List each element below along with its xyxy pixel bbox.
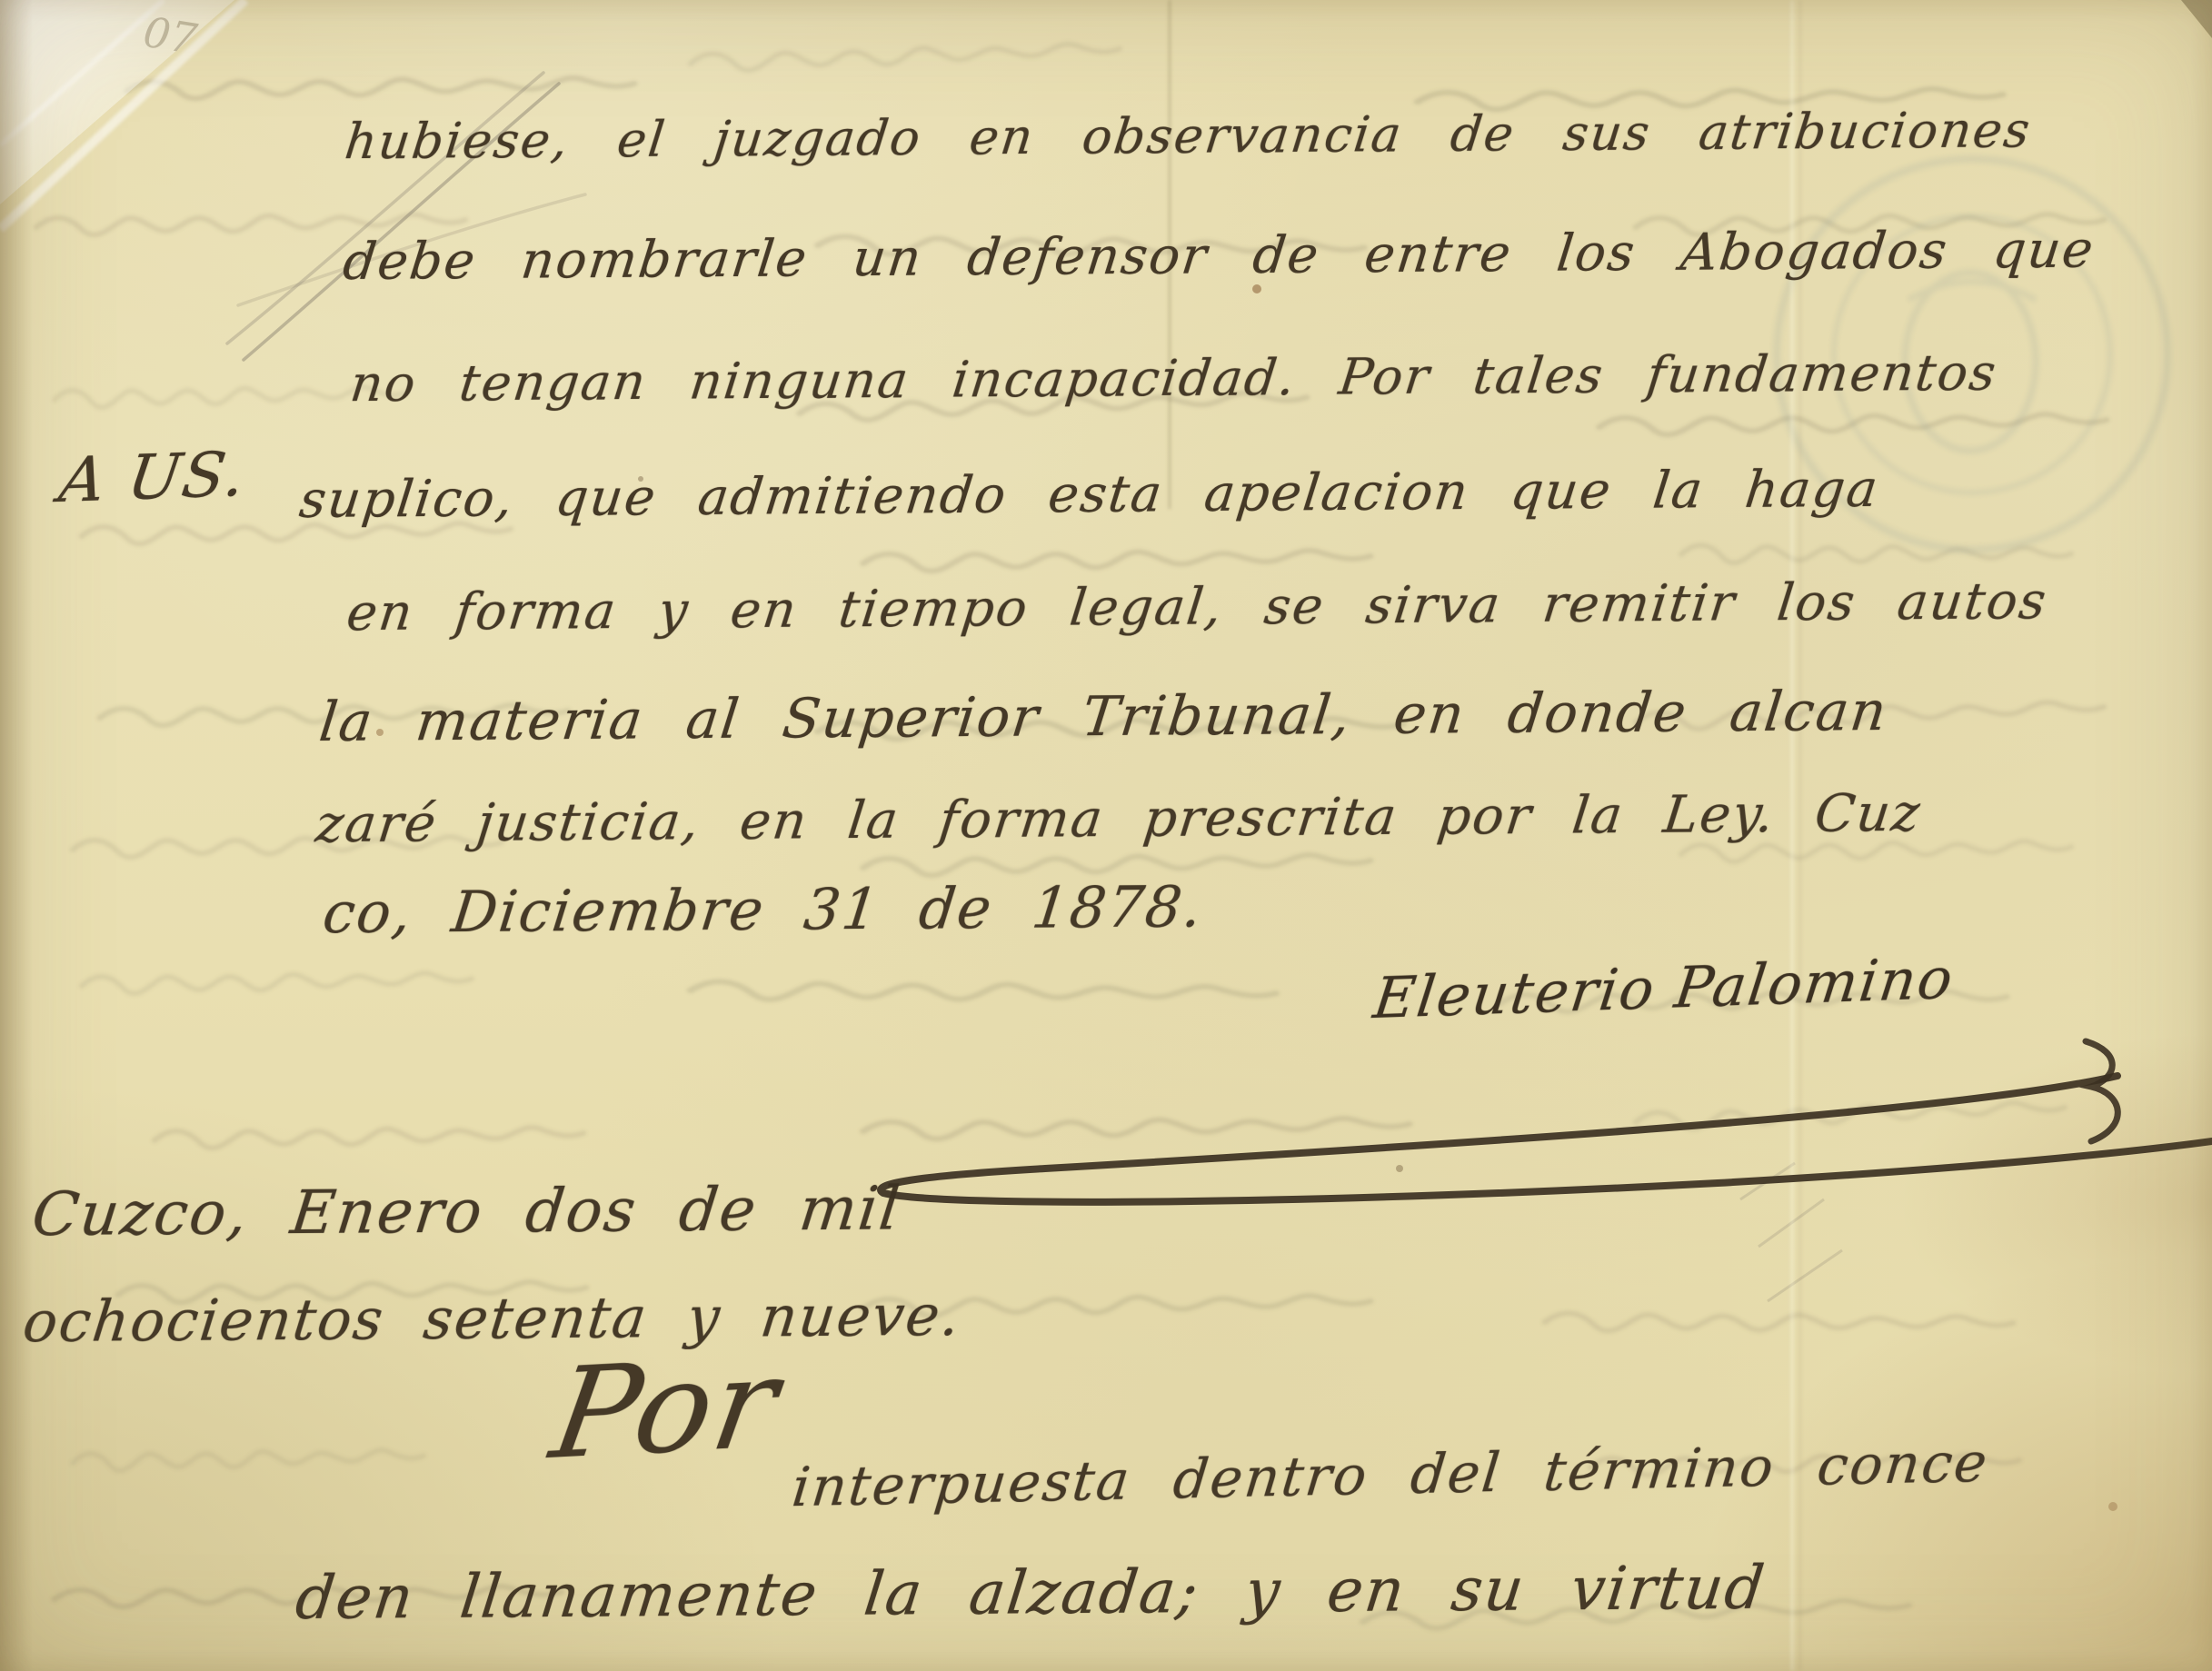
sleeve-reflection bbox=[0, 0, 245, 229]
manuscript-line-1: hubiese, el juzgado en observancia de su… bbox=[342, 101, 2034, 170]
decree-line-2: den llanamente la alzada; y en su virtud bbox=[293, 1553, 1769, 1633]
manuscript-line-4: suplico, que admitiendo esta apelacion q… bbox=[296, 460, 1882, 530]
margin-salutation: A US. bbox=[55, 439, 251, 517]
photo-corner-shadow bbox=[2181, 0, 2212, 38]
decree-dateline-1: Cuzco, Enero dos de mil bbox=[29, 1173, 905, 1249]
pencil-archive-number: 07 bbox=[140, 7, 200, 64]
manuscript-line-5: en forma y en tiempo legal, se sirva rem… bbox=[344, 572, 2050, 642]
date-line-1878: co, Diciembre 31 de 1878. bbox=[320, 873, 1207, 946]
manuscript-line-7: zaré justicia, en la forma prescrita por… bbox=[313, 783, 1925, 854]
manuscript-photo: 07 hubiese, el juzgado en observancia de… bbox=[0, 0, 2212, 1671]
manuscript-line-2: debe nombrarle un defensor de entre los … bbox=[340, 221, 2097, 292]
manuscript-line-6: la materia al Superior Tribunal, en dond… bbox=[316, 680, 1891, 754]
decree-dateline-2: ochocientos setenta y nueve. bbox=[20, 1282, 965, 1355]
decree-lead-word: Por bbox=[544, 1340, 787, 1477]
manuscript-line-3: no tengan ninguna incapacidad. Por tales… bbox=[347, 343, 2000, 413]
